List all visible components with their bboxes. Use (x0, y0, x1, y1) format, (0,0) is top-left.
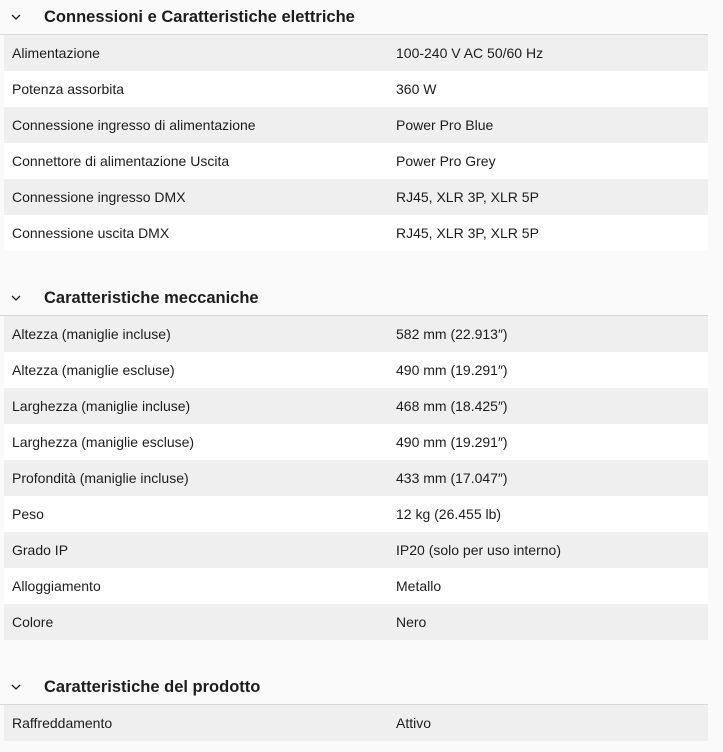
section-header-mechanical[interactable]: Caratteristiche meccaniche (0, 281, 708, 316)
spec-table: RaffreddamentoAttivo (4, 705, 708, 741)
table-row: Potenza assorbita360 W (4, 71, 708, 107)
spec-label: Altezza (maniglie escluse) (4, 362, 396, 378)
spec-label: Connessione ingresso DMX (4, 189, 396, 205)
spec-value: Attivo (396, 715, 708, 731)
spec-value: 582 mm (22.913″) (396, 326, 708, 342)
spec-label: Alloggiamento (4, 578, 396, 594)
table-row: Alimentazione100-240 V AC 50/60 Hz (4, 35, 708, 71)
chevron-down-icon[interactable] (10, 11, 22, 23)
table-row: Peso12 kg (26.455 lb) (4, 496, 708, 532)
spec-label: Grado IP (4, 542, 396, 558)
section-spacer (0, 251, 723, 281)
spec-value: Power Pro Blue (396, 117, 708, 133)
spec-value: 360 W (396, 81, 708, 97)
section-title: Connessioni e Caratteristiche elettriche (44, 8, 355, 27)
table-row: ColoreNero (4, 604, 708, 640)
spec-label: Colore (4, 614, 396, 630)
spec-sheet: Connessioni e Caratteristiche elettriche… (0, 0, 723, 741)
table-row: AlloggiamentoMetallo (4, 568, 708, 604)
table-row: Larghezza (maniglie escluse)490 mm (19.2… (4, 424, 708, 460)
section-spacer (0, 640, 723, 670)
table-row: Connessione uscita DMXRJ45, XLR 3P, XLR … (4, 215, 708, 251)
spec-table: Alimentazione100-240 V AC 50/60 Hz Poten… (4, 35, 708, 251)
spec-value: IP20 (solo per uso interno) (396, 542, 708, 558)
spec-label: Potenza assorbita (4, 81, 396, 97)
spec-label: Connessione ingresso di alimentazione (4, 117, 396, 133)
table-row: Connettore di alimentazione UscitaPower … (4, 143, 708, 179)
spec-value: Metallo (396, 578, 708, 594)
section-header-electrical[interactable]: Connessioni e Caratteristiche elettriche (0, 0, 708, 35)
section-title: Caratteristiche meccaniche (44, 289, 259, 308)
spec-value: 490 mm (19.291″) (396, 362, 708, 378)
spec-value: 100-240 V AC 50/60 Hz (396, 45, 708, 61)
spec-value: Power Pro Grey (396, 153, 708, 169)
spec-value: 468 mm (18.425″) (396, 398, 708, 414)
spec-label: Connettore di alimentazione Uscita (4, 153, 396, 169)
table-row: Altezza (maniglie incluse)582 mm (22.913… (4, 316, 708, 352)
section-header-product[interactable]: Caratteristiche del prodotto (0, 670, 708, 705)
spec-label: Profondità (maniglie incluse) (4, 470, 396, 486)
spec-label: Raffreddamento (4, 715, 396, 731)
table-row: Grado IPIP20 (solo per uso interno) (4, 532, 708, 568)
table-row: Profondità (maniglie incluse)433 mm (17.… (4, 460, 708, 496)
spec-table: Altezza (maniglie incluse)582 mm (22.913… (4, 316, 708, 640)
spec-label: Alimentazione (4, 45, 396, 61)
table-row: Connessione ingresso DMXRJ45, XLR 3P, XL… (4, 179, 708, 215)
table-row: Larghezza (maniglie incluse)468 mm (18.4… (4, 388, 708, 424)
spec-value: 433 mm (17.047″) (396, 470, 708, 486)
table-row: RaffreddamentoAttivo (4, 705, 708, 741)
chevron-down-icon[interactable] (10, 681, 22, 693)
spec-value: RJ45, XLR 3P, XLR 5P (396, 189, 708, 205)
spec-value: RJ45, XLR 3P, XLR 5P (396, 225, 708, 241)
table-row: Connessione ingresso di alimentazionePow… (4, 107, 708, 143)
spec-label: Connessione uscita DMX (4, 225, 396, 241)
section-title: Caratteristiche del prodotto (44, 678, 260, 697)
section-electrical: Connessioni e Caratteristiche elettriche… (0, 0, 723, 251)
chevron-down-icon[interactable] (10, 292, 22, 304)
spec-label: Larghezza (maniglie incluse) (4, 398, 396, 414)
spec-label: Peso (4, 506, 396, 522)
table-row: Altezza (maniglie escluse)490 mm (19.291… (4, 352, 708, 388)
section-product: Caratteristiche del prodotto Raffreddame… (0, 670, 723, 741)
spec-label: Larghezza (maniglie escluse) (4, 434, 396, 450)
spec-value: Nero (396, 614, 708, 630)
spec-value: 490 mm (19.291″) (396, 434, 708, 450)
spec-value: 12 kg (26.455 lb) (396, 506, 708, 522)
spec-label: Altezza (maniglie incluse) (4, 326, 396, 342)
section-mechanical: Caratteristiche meccaniche Altezza (mani… (0, 281, 723, 640)
